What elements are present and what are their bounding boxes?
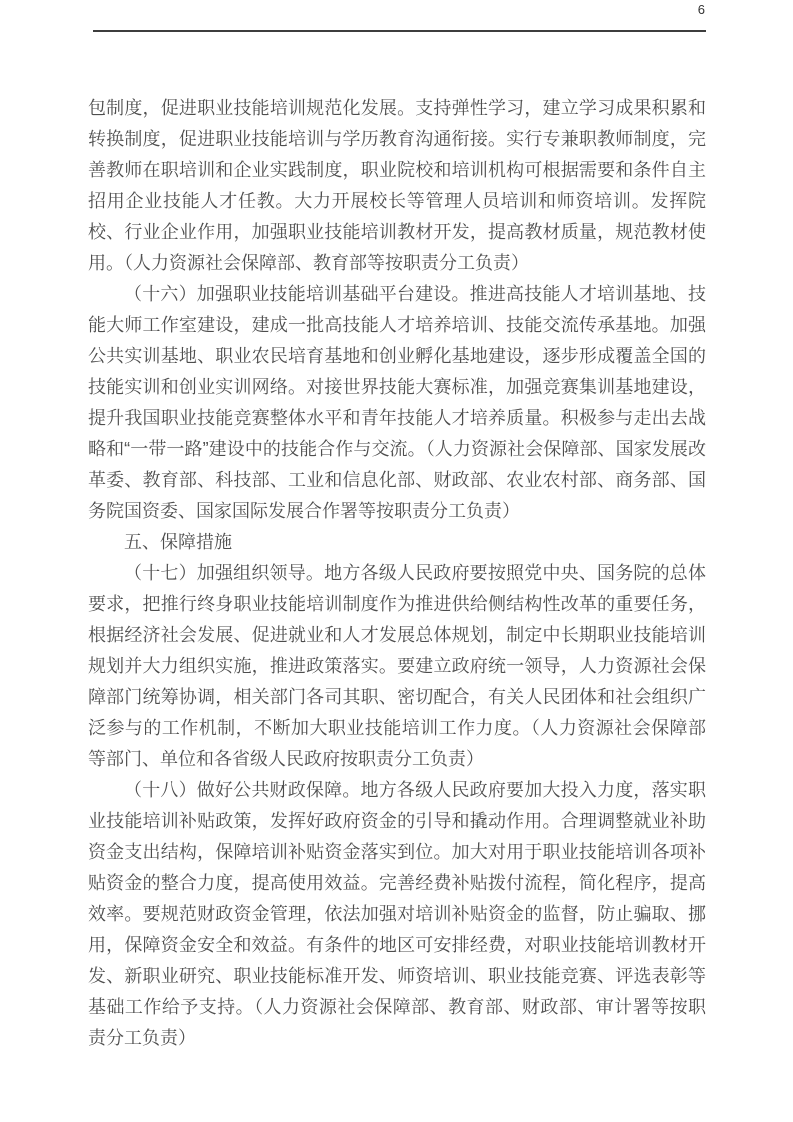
- paragraph-item-18: （十八）做好公共财政保障。地方各级人民政府要加大投入力度，落实职业技能培训补贴政…: [88, 775, 706, 1054]
- page-number: 6: [88, 0, 706, 18]
- section-heading-safeguards: 五、保障措施: [88, 527, 706, 558]
- document-page: 6 包制度，促进职业技能培训规范化发展。支持弹性学习，建立学习成果积累和转换制度…: [0, 0, 793, 1122]
- paragraph-continuation: 包制度，促进职业技能培训规范化发展。支持弹性学习，建立学习成果积累和转换制度，促…: [88, 93, 706, 279]
- paragraph-item-17: （十七）加强组织领导。地方各级人民政府要按照党中央、国务院的总体要求，把推行终身…: [88, 558, 706, 775]
- header-rule: [93, 30, 706, 32]
- document-body: 包制度，促进职业技能培训规范化发展。支持弹性学习，建立学习成果积累和转换制度，促…: [0, 93, 793, 1054]
- page-header: 6: [0, 0, 793, 32]
- paragraph-item-16: （十六）加强职业技能培训基础平台建设。推进高技能人才培训基地、技能大师工作室建设…: [88, 279, 706, 527]
